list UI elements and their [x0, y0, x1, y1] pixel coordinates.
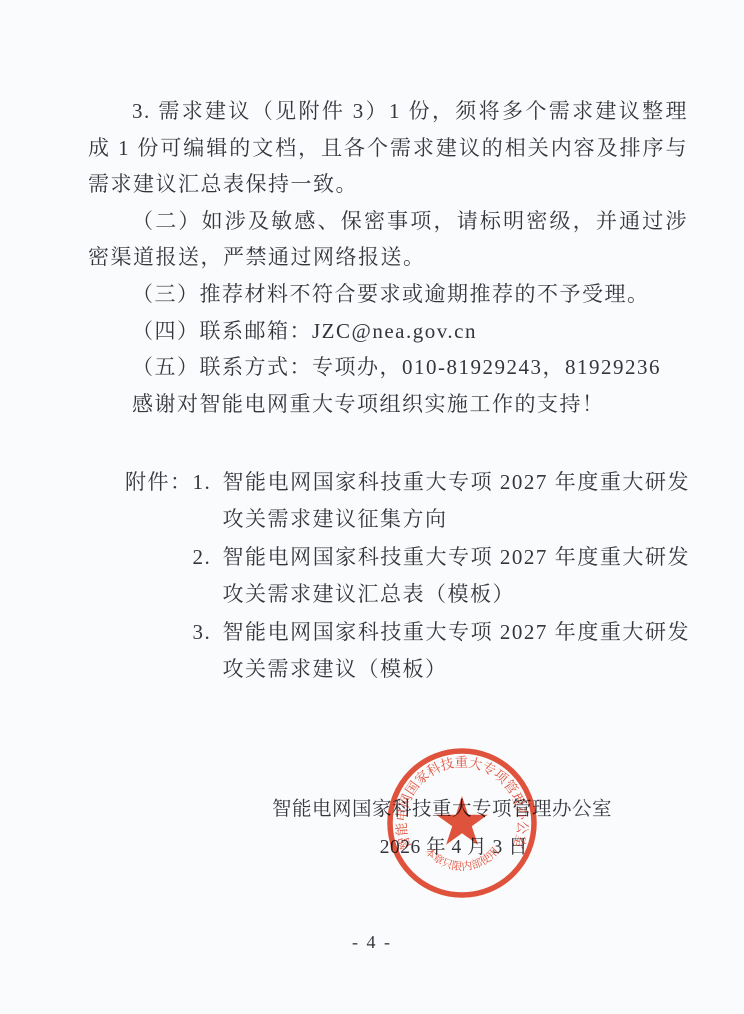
official-seal: 智能电网国家科技重大专项管理办公室 本章只限内部使用: [382, 743, 542, 903]
paragraph-item-wu-phone: （五）联系方式：专项办，010-81929243，81929236: [88, 349, 688, 386]
document-body: 3. 需求建议（见附件 3）1 份，须将多个需求建议整理成 1 份可编辑的文档，…: [88, 93, 688, 422]
attachment-marker: 1.: [193, 464, 223, 537]
attachment-text: 智能电网国家科技重大专项 2027 年度重大研发攻关需求建议汇总表（模板）: [223, 539, 691, 612]
seal-star-icon: [436, 796, 487, 845]
document-page: 3. 需求建议（见附件 3）1 份，须将多个需求建议整理成 1 份可编辑的文档，…: [0, 0, 744, 1014]
paragraph-item-san: （三）推荐材料不符合要求或逾期推荐的不予受理。: [88, 276, 688, 313]
attachment-item: 1. 智能电网国家科技重大专项 2027 年度重大研发攻关需求建议征集方向: [193, 464, 691, 537]
attachment-marker: 2.: [193, 539, 223, 612]
paragraph-item-3: 3. 需求建议（见附件 3）1 份，须将多个需求建议整理成 1 份可编辑的文档，…: [88, 93, 688, 203]
attachments-label: 附件：: [125, 464, 193, 501]
attachment-marker: 3.: [193, 614, 223, 687]
attachment-item: 3. 智能电网国家科技重大专项 2027 年度重大研发攻关需求建议（模板）: [193, 614, 691, 687]
paragraph-item-er: （二）如涉及敏感、保密事项，请标明密级，并通过涉密渠道报送，严禁通过网络报送。: [88, 203, 688, 276]
page-number: - 4 -: [0, 929, 744, 955]
seal-bottom-text: 本章只限内部使用: [422, 844, 502, 873]
paragraph-thanks: 感谢对智能电网重大专项组织实施工作的支持！: [88, 386, 688, 423]
paragraph-item-si-email: （四）联系邮箱：JZC@nea.gov.cn: [88, 313, 688, 350]
attachment-item: 2. 智能电网国家科技重大专项 2027 年度重大研发攻关需求建议汇总表（模板）: [193, 539, 691, 612]
attachment-text: 智能电网国家科技重大专项 2027 年度重大研发攻关需求建议（模板）: [223, 614, 691, 687]
attachments-list: 1. 智能电网国家科技重大专项 2027 年度重大研发攻关需求建议征集方向 2.…: [193, 464, 691, 690]
attachment-text: 智能电网国家科技重大专项 2027 年度重大研发攻关需求建议征集方向: [223, 464, 691, 537]
attachments-block: 附件： 1. 智能电网国家科技重大专项 2027 年度重大研发攻关需求建议征集方…: [125, 464, 690, 690]
